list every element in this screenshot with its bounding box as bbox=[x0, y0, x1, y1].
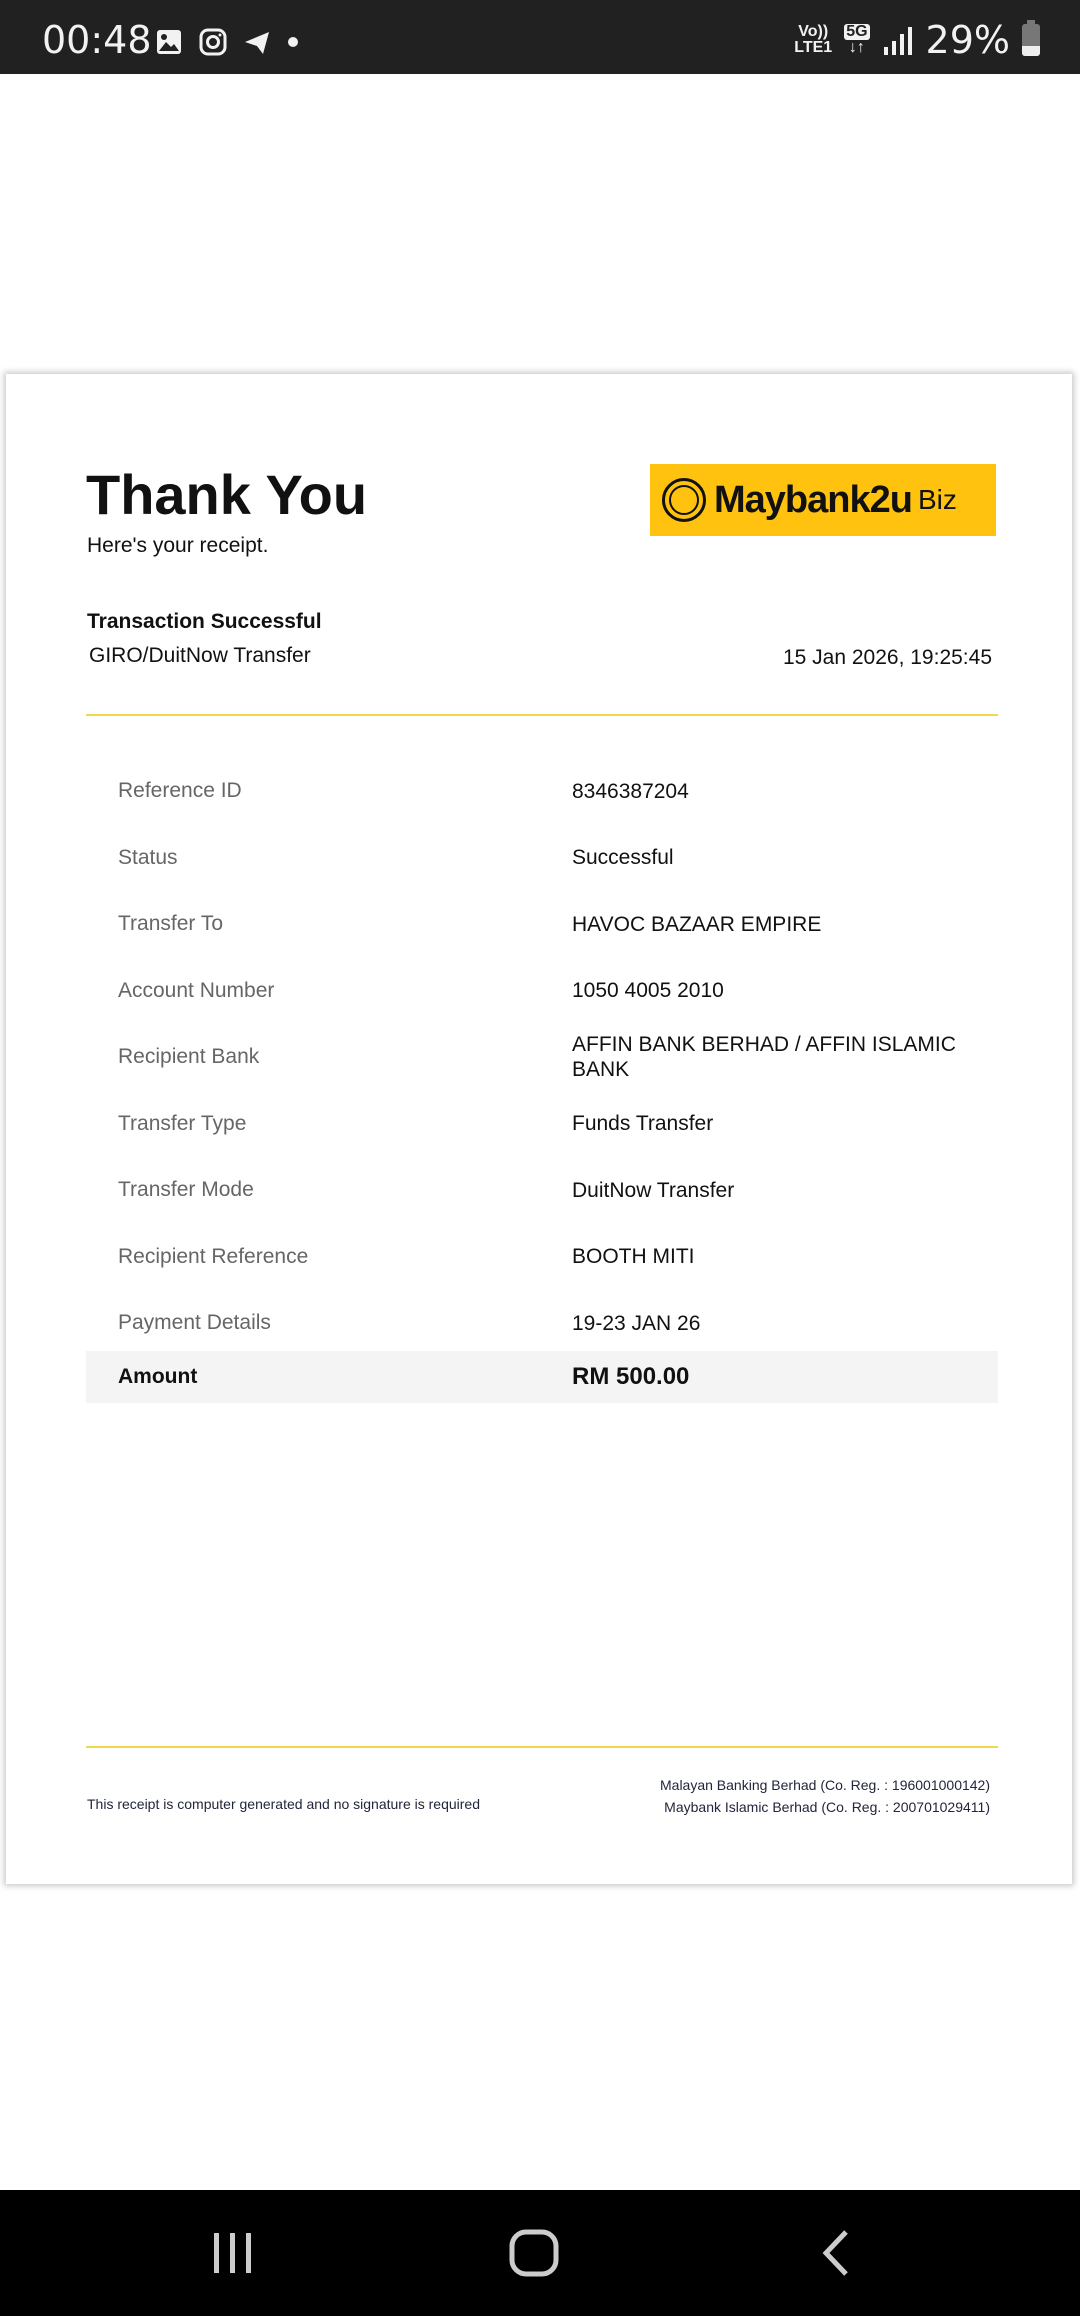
dot-icon bbox=[287, 28, 299, 56]
detail-row: Recipient BankAFFIN BANK BERHAD / AFFIN … bbox=[86, 1024, 998, 1091]
signal-icon bbox=[882, 25, 914, 55]
detail-row: Account Number1050 4005 2010 bbox=[86, 958, 998, 1025]
logo-brand: Maybank2u bbox=[714, 479, 912, 522]
battery-icon bbox=[1022, 24, 1040, 56]
home-icon bbox=[508, 2228, 560, 2278]
divider-top bbox=[86, 714, 998, 716]
navigation-bar bbox=[0, 2190, 1080, 2316]
system-icons: Vo)) LTE1 5G ↓↑ 29% bbox=[794, 18, 1040, 62]
page-subtitle: Here's your receipt. bbox=[87, 534, 268, 558]
details-table: Reference ID8346387204 StatusSuccessful … bbox=[86, 758, 998, 1403]
back-button[interactable] bbox=[806, 2226, 866, 2280]
footer-entities: Malayan Banking Berhad (Co. Reg. : 19600… bbox=[660, 1774, 990, 1818]
detail-row: Payment Details19-23 JAN 26 bbox=[86, 1290, 998, 1357]
transaction-datetime: 15 Jan 2026, 19:25:45 bbox=[783, 646, 992, 670]
recent-apps-icon bbox=[210, 2231, 256, 2275]
detail-row: Recipient ReferenceBOOTH MITI bbox=[86, 1224, 998, 1291]
detail-row: Transfer ToHAVOC BAZAAR EMPIRE bbox=[86, 891, 998, 958]
detail-row: Reference ID8346387204 bbox=[86, 758, 998, 825]
notification-icons bbox=[155, 28, 299, 56]
recent-apps-button[interactable] bbox=[203, 2226, 263, 2280]
instagram-icon bbox=[199, 28, 227, 56]
detail-row: Transfer ModeDuitNow Transfer bbox=[86, 1157, 998, 1224]
home-button[interactable] bbox=[504, 2226, 564, 2280]
amount-row: AmountRM 500.00 bbox=[86, 1351, 998, 1403]
tiger-emblem-icon bbox=[662, 478, 706, 522]
receipt-card: Thank You Here's your receipt. Maybank2u… bbox=[6, 374, 1072, 1884]
footer-note: This receipt is computer generated and n… bbox=[87, 1796, 480, 1812]
back-icon bbox=[816, 2228, 856, 2278]
gallery-icon bbox=[155, 28, 183, 56]
detail-row: Transfer TypeFunds Transfer bbox=[86, 1091, 998, 1158]
detail-row: StatusSuccessful bbox=[86, 825, 998, 892]
transaction-type: GIRO/DuitNow Transfer bbox=[89, 644, 311, 668]
page-title: Thank You bbox=[86, 462, 367, 527]
divider-bottom bbox=[86, 1746, 998, 1748]
transaction-status: Transaction Successful bbox=[87, 610, 322, 634]
telegram-icon bbox=[243, 28, 271, 56]
volte-indicator: Vo)) LTE1 bbox=[794, 24, 832, 56]
network-5g-icon: 5G ↓↑ bbox=[844, 24, 869, 56]
battery-percent: 29% bbox=[926, 18, 1010, 62]
logo-suffix: Biz bbox=[918, 484, 957, 516]
status-bar: 00:48 Vo)) LTE1 5G ↓↑ 29% bbox=[0, 0, 1080, 74]
clock: 00:48 bbox=[42, 18, 152, 62]
maybank2u-biz-logo: Maybank2u Biz bbox=[650, 464, 996, 536]
